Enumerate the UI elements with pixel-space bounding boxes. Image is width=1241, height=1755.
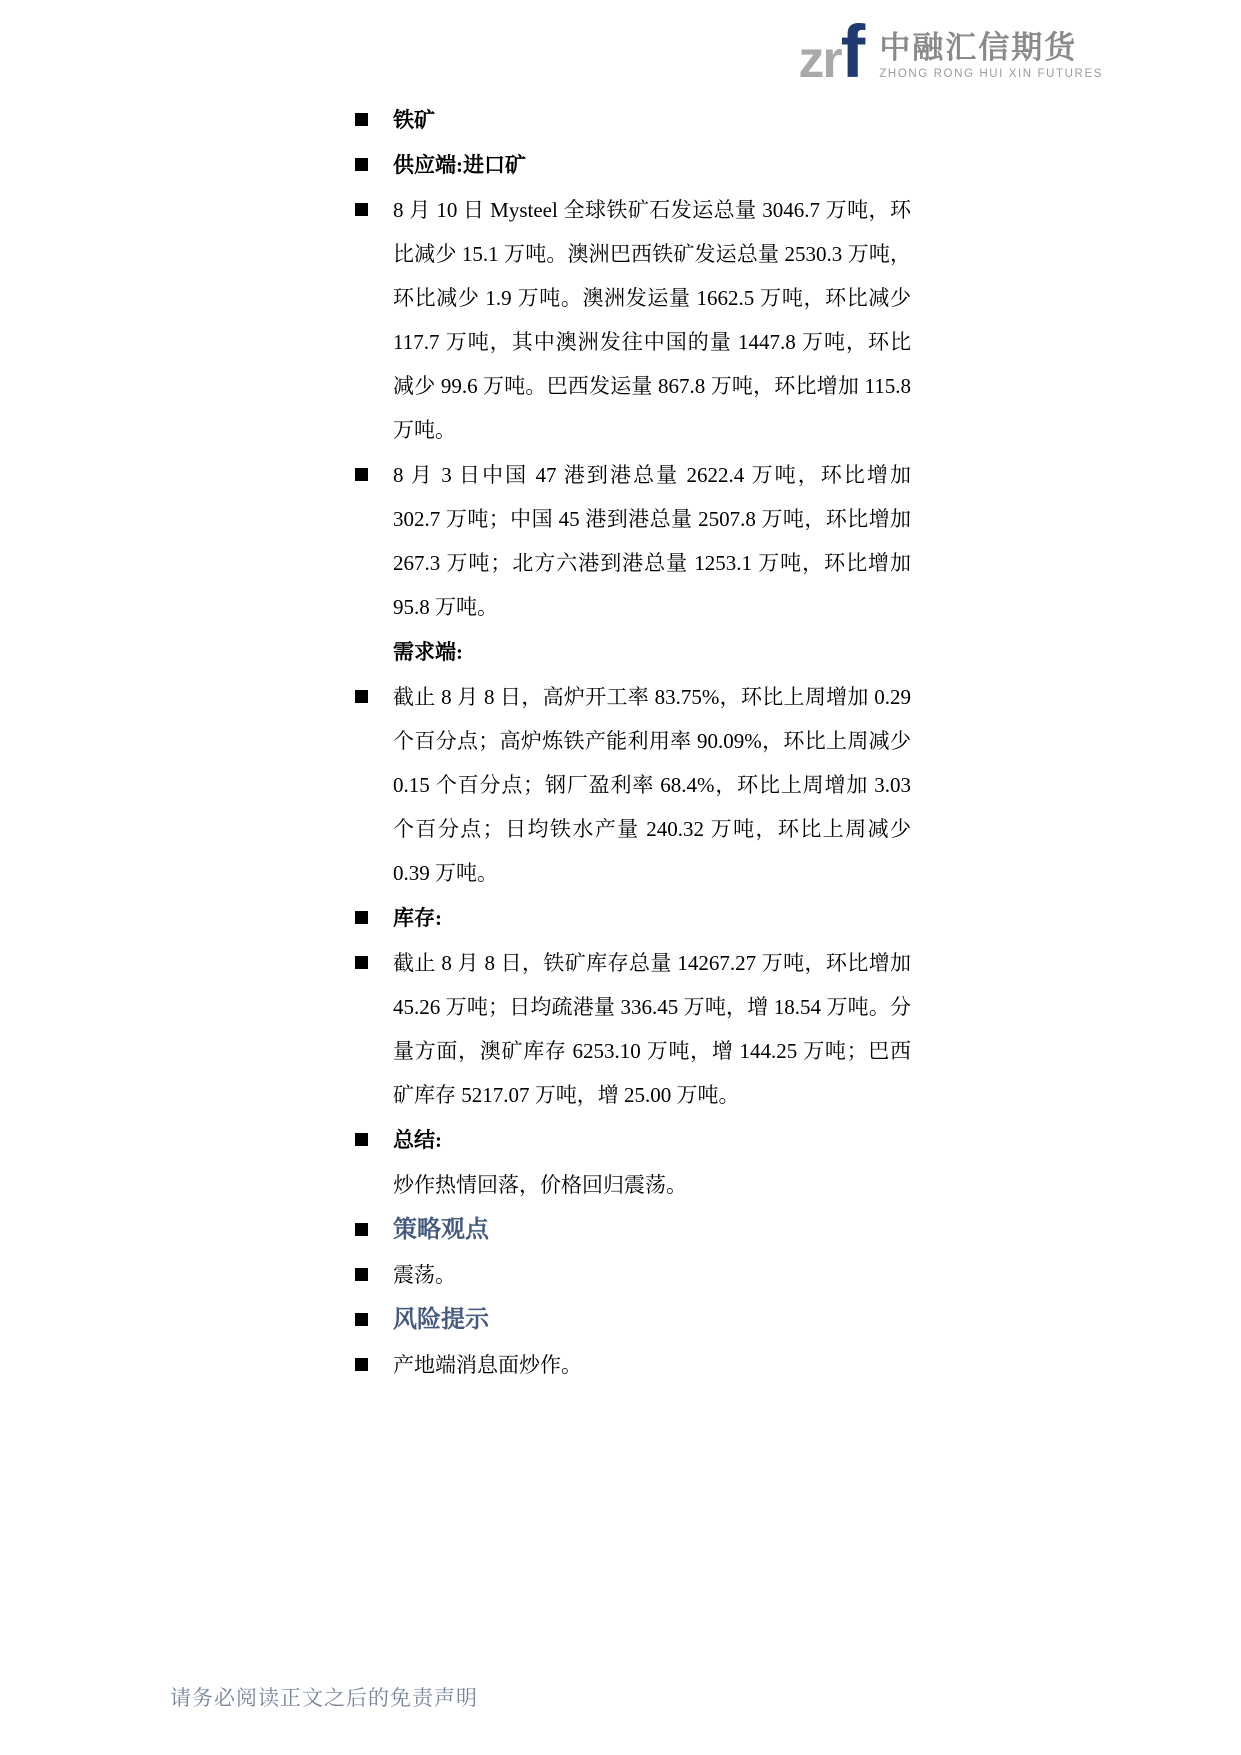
bullet-square-icon (355, 468, 368, 481)
bullet-square-icon (355, 690, 368, 703)
para-risk-warning: 产地端消息面炒作。 (393, 1343, 911, 1387)
logo-zr-letters: zr (798, 31, 840, 89)
footer-disclaimer: 请务必阅读正文之后的免责声明 (170, 1682, 478, 1712)
company-name-block: 中融汇信期货 ZHONG RONG HUI XIN FUTURES (879, 31, 1103, 82)
para-summary: 炒作热情回落，价格回归震荡。 (393, 1163, 911, 1207)
heading-inventory-label: 库存: (393, 906, 442, 930)
para-port-arrivals: 8 月 3 日中国 47 港到港总量 2622.4 万吨，环比增加 302.7 … (393, 453, 911, 629)
para-summary-text: 炒作热情回落，价格回归震荡。 (393, 1173, 687, 1197)
para-demand-stats-text: 截止 8 月 8 日，高炉开工率 83.75%，环比上周增加 0.29 个百分点… (393, 685, 911, 885)
company-name-cn: 中融汇信期货 (879, 31, 1103, 65)
bullet-square-icon (355, 1223, 368, 1236)
bullet-square-icon (355, 113, 368, 126)
para-risk-warning-text: 产地端消息面炒作。 (393, 1353, 582, 1377)
heading-supply-import-ore: 供应端:进口矿 (393, 143, 911, 187)
report-body: 铁矿 供应端:进口矿 8 月 10 日 Mysteel 全球铁矿石发运总量 30… (393, 98, 911, 1388)
bullet-square-icon (355, 911, 368, 924)
bullet-square-icon (355, 1313, 368, 1326)
bullet-square-icon (355, 1133, 368, 1146)
heading-demand: 需求端: (393, 630, 911, 674)
heading-iron-ore-label: 铁矿 (393, 108, 435, 132)
heading-demand-label: 需求端: (393, 640, 463, 664)
bullet-square-icon (355, 1268, 368, 1281)
para-strategy-view-text: 震荡。 (393, 1263, 456, 1287)
para-demand-stats: 截止 8 月 8 日，高炉开工率 83.75%，环比上周增加 0.29 个百分点… (393, 675, 911, 895)
heading-risk-warning-label: 风险提示 (393, 1307, 489, 1333)
heading-strategy-view-label: 策略观点 (393, 1217, 489, 1243)
bullet-square-icon (355, 1358, 368, 1371)
bullet-square-icon (355, 158, 368, 171)
company-name-en: ZHONG RONG HUI XIN FUTURES (879, 68, 1103, 80)
zrf-logo-icon: zrf (798, 22, 865, 82)
heading-supply-label: 供应端:进口矿 (393, 153, 526, 177)
report-page: zrf 中融汇信期货 ZHONG RONG HUI XIN FUTURES 铁矿… (0, 0, 1241, 1755)
heading-iron-ore: 铁矿 (393, 98, 911, 142)
heading-risk-warning: 风险提示 (393, 1298, 911, 1342)
company-logo: zrf 中融汇信期货 ZHONG RONG HUI XIN FUTURES (798, 22, 1103, 82)
para-inventory-stats-text: 截止 8 月 8 日，铁矿库存总量 14267.27 万吨，环比增加 45.26… (393, 951, 911, 1107)
para-global-shipments-text: 8 月 10 日 Mysteel 全球铁矿石发运总量 3046.7 万吨，环比减… (393, 198, 911, 442)
heading-strategy-view: 策略观点 (393, 1208, 911, 1252)
heading-inventory: 库存: (393, 896, 911, 940)
heading-summary: 总结: (393, 1118, 911, 1162)
para-strategy-view: 震荡。 (393, 1253, 911, 1297)
logo-f-letter: f (841, 10, 866, 93)
para-global-shipments: 8 月 10 日 Mysteel 全球铁矿石发运总量 3046.7 万吨，环比减… (393, 188, 911, 452)
para-inventory-stats: 截止 8 月 8 日，铁矿库存总量 14267.27 万吨，环比增加 45.26… (393, 941, 911, 1117)
heading-summary-label: 总结: (393, 1128, 442, 1152)
bullet-square-icon (355, 956, 368, 969)
bullet-square-icon (355, 203, 368, 216)
para-port-arrivals-text: 8 月 3 日中国 47 港到港总量 2622.4 万吨，环比增加 302.7 … (393, 463, 911, 619)
